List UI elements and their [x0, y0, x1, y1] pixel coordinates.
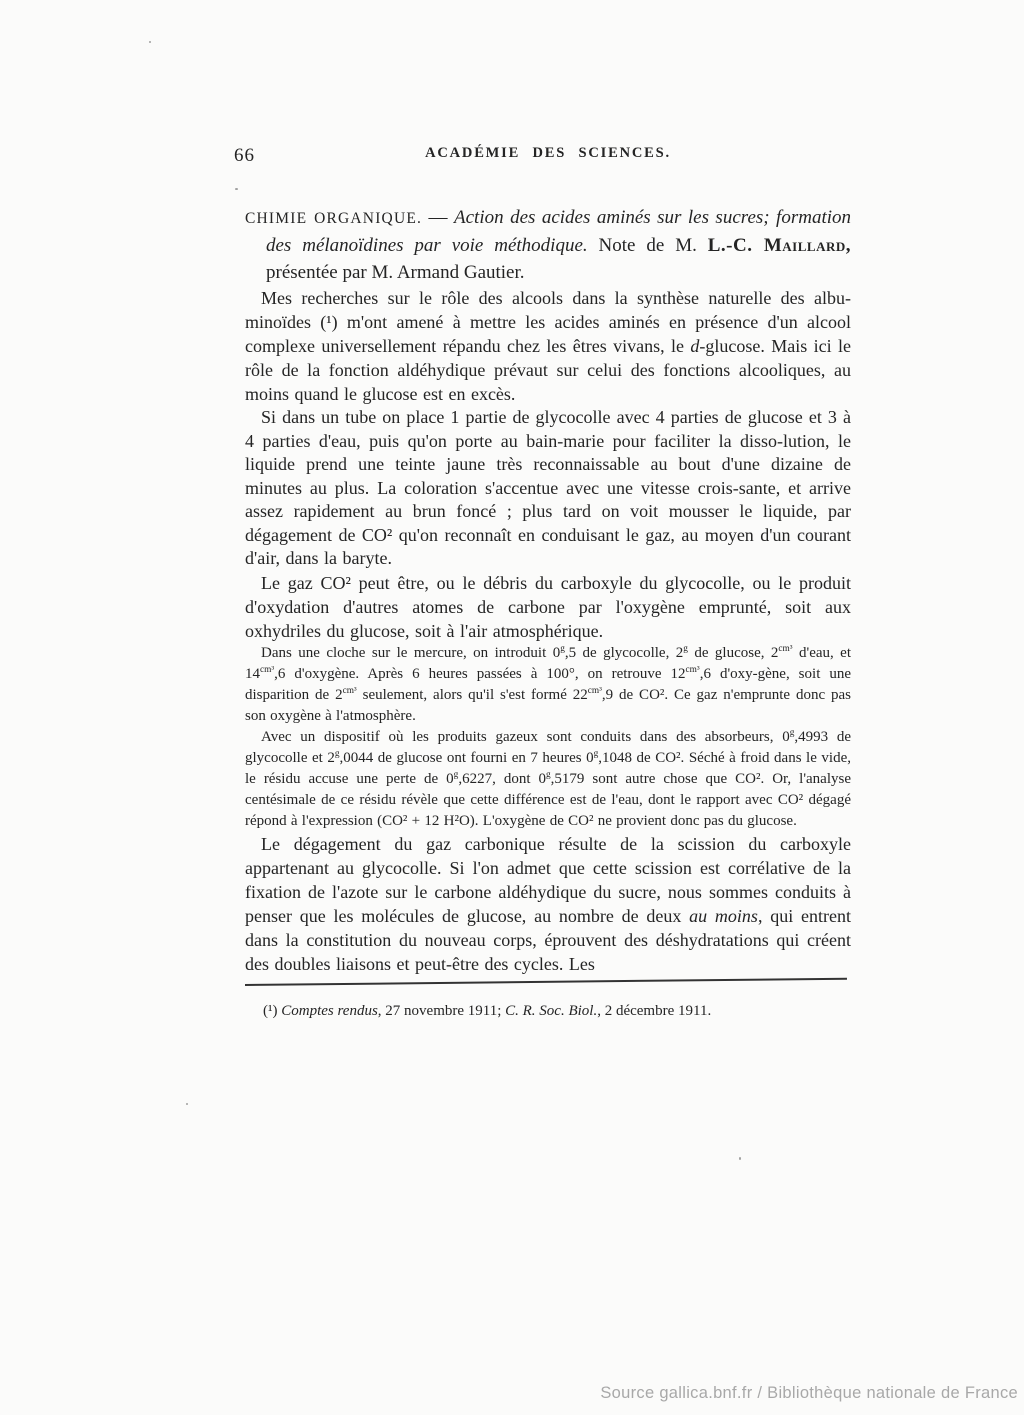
scanned-document-page: 66 ACADÉMIE DES SCIENCES. CHIMIE ORGANIQ…	[0, 0, 1024, 1415]
article-heading: CHIMIE ORGANIQUE. — Action des acides am…	[245, 204, 851, 286]
page-header: 66 ACADÉMIE DES SCIENCES.	[245, 145, 851, 167]
note-absorbers: Avec un dispositif où les produits gazeu…	[245, 727, 851, 832]
paragraph-intro: Mes recherches sur le rôle des alcools d…	[245, 286, 851, 406]
page-number: 66	[234, 145, 255, 167]
paragraph-gas: Le gaz CO² peut être, ou le débris du ca…	[245, 571, 851, 643]
paragraph-conclusion: Le dégagement du gaz carbonique résulte …	[245, 832, 851, 976]
text-column: CHIMIE ORGANIQUE. — Action des acides am…	[245, 204, 851, 1021]
footnote-rule	[245, 977, 847, 985]
footnote: (¹) Comptes rendus, 27 novembre 1911; C.…	[245, 1001, 851, 1021]
note-mercury: Dans une cloche sur le mercure, on intro…	[245, 643, 851, 727]
paragraph-experiment: Si dans un tube on place 1 partie de gly…	[245, 406, 851, 571]
scan-speckle	[186, 1103, 188, 1105]
scan-speckle	[739, 1157, 741, 1160]
gallica-source-footer: Source gallica.bnf.fr / Bibliothèque nat…	[600, 1384, 1018, 1403]
scan-speckle	[149, 41, 151, 43]
scan-speckle	[235, 188, 238, 190]
running-title: ACADÉMIE DES SCIENCES.	[245, 145, 851, 162]
